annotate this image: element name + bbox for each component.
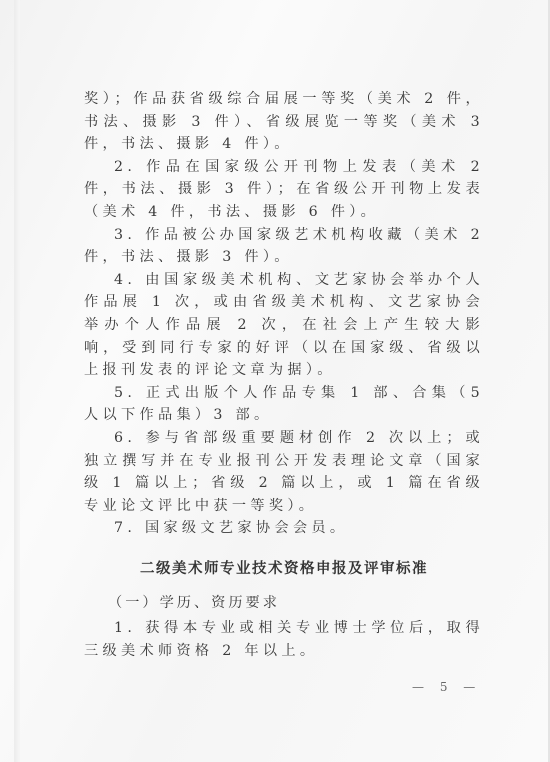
- paragraph-requirement-1: 1. 获得本专业或相关专业博士学位后，取得三级美术师资格 2 年以上。: [84, 617, 484, 662]
- paragraph-item-4: 4. 由国家级美术机构、文艺家协会举办个人作品展 1 次，或由省级美术机构、文艺…: [84, 269, 484, 382]
- paragraph-item-6: 6. 参与省部级重要题材创作 2 次以上；或独立撰写并在专业报刊公开发表理论文章…: [84, 427, 484, 517]
- paragraph-continuation: 奖）；作品获省级综合届展一等奖（美术 2 件，书法、摄影 3 件）、省级展览一等…: [84, 88, 484, 156]
- paragraph-item-2: 2. 作品在国家级公开刊物上发表（美术 2 件，书法、摄影 3 件）；在省级公开…: [84, 156, 484, 224]
- page-edge-shadow: [14, 0, 20, 762]
- document-body: 奖）；作品获省级综合届展一等奖（美术 2 件，书法、摄影 3 件）、省级展览一等…: [84, 88, 484, 662]
- paragraph-item-3: 3. 作品被公办国家级艺术机构收藏（美术 2 件，书法、摄影 3 件）。: [84, 224, 484, 269]
- paragraph-item-5: 5. 正式出版个人作品专集 1 部、合集（5 人以下作品集）3 部。: [84, 382, 484, 427]
- paragraph-item-7: 7. 国家级文艺家协会会员。: [84, 517, 484, 540]
- section-title: 二级美术师专业技术资格申报及评审标准: [84, 558, 484, 581]
- subsection-heading: （一）学历、资历要求: [84, 592, 484, 615]
- page-number: — 5 —: [412, 680, 481, 694]
- scanned-page: 奖）；作品获省级综合届展一等奖（美术 2 件，书法、摄影 3 件）、省级展览一等…: [0, 0, 550, 762]
